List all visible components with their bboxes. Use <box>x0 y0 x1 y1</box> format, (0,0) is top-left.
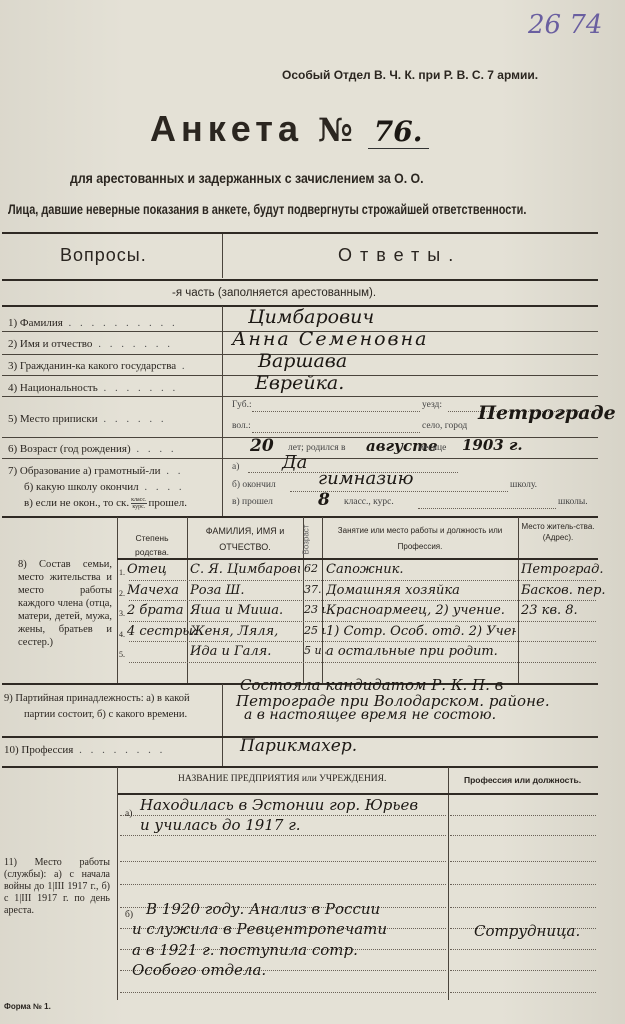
answer-school[interactable]: гимназию <box>318 468 413 489</box>
question-7c: в) если не окон., то ск.класс.курс.проше… <box>24 497 187 510</box>
family-occupation[interactable]: Красноармеец, 2) учение. <box>326 603 505 618</box>
answer-work-a-1[interactable]: Находилась в Эстонии гор. Юрьев <box>140 796 418 814</box>
family-occupation[interactable]: 1) Сотр. Особ. отд. 2) Ученица <box>326 624 516 639</box>
family-address[interactable]: Петроград. <box>521 562 604 577</box>
month-label: месяце <box>418 443 446 453</box>
question-7b: б) какую школу окончил . . . . <box>24 481 185 493</box>
ruled-line <box>450 970 596 971</box>
row-line <box>129 621 596 622</box>
family-header: ФАМИЛИЯ, ИМЯ и ОТЧЕСТВО. <box>189 523 301 555</box>
gub-label: Губ.: <box>232 400 252 410</box>
column-questions: Вопросы. <box>60 245 147 266</box>
answer-birth-year[interactable]: 1903 г. <box>462 436 523 454</box>
answer-age[interactable]: 20 <box>250 436 274 456</box>
answer-work-b-1[interactable]: В 1920 году. Анализ в России <box>146 900 380 918</box>
vol-label: вол.: <box>232 421 251 431</box>
work-b-prefix: б) <box>125 910 133 920</box>
family-relation[interactable]: 4 сестры. <box>127 624 197 639</box>
answer-profession[interactable]: Парикмахер. <box>240 736 357 756</box>
number-sign: № <box>318 111 353 149</box>
work-a-prefix: а) <box>125 809 132 819</box>
answer-citizenship[interactable]: Варшава <box>258 350 347 372</box>
department-line: Особый Отдел В. Ч. К. при Р. В. С. 7 арм… <box>282 68 538 82</box>
family-age[interactable]: 23 и 16 <box>304 603 326 616</box>
header-position: Профессия или должность. <box>464 775 581 785</box>
answer-nationality[interactable]: Еврейка. <box>255 372 344 394</box>
divider <box>2 516 598 518</box>
row-line <box>129 641 596 642</box>
edu-b-prefix: б) окончил <box>232 480 276 490</box>
edu-c-field[interactable] <box>418 508 556 509</box>
row-number: 4. <box>119 630 125 639</box>
question-2: 2) Имя и отчество . . . . . . . <box>8 338 173 350</box>
part-label: -я часть (заполняется арестованным). <box>172 287 376 299</box>
family-address[interactable]: Басков. пер. <box>521 583 606 598</box>
family-header: Место житель-ства. (Адрес). <box>520 521 596 543</box>
divider <box>2 279 598 281</box>
row-number: 5. <box>119 650 125 659</box>
warning-line: Лица, давшие неверные показания в анкете… <box>8 201 526 217</box>
family-header: Степень родства. <box>119 531 185 559</box>
family-relation[interactable]: Отец <box>127 562 167 577</box>
family-age[interactable]: 62 <box>304 562 318 575</box>
row-number: 3. <box>119 609 125 618</box>
edu-a-prefix: а) <box>232 462 239 472</box>
ruled-line <box>450 949 596 950</box>
answer-city[interactable]: Петрограде <box>478 402 616 424</box>
answer-name[interactable]: Анна Семеновна <box>232 328 428 350</box>
family-header: Занятие или место работы и должность или… <box>324 523 516 555</box>
page-title: Анкета № 76. <box>150 108 429 150</box>
gub-field[interactable] <box>252 411 420 412</box>
divider <box>117 558 598 560</box>
family-header: Возраст <box>301 525 310 555</box>
family-name[interactable]: Ида и Галя. <box>190 644 271 659</box>
answer-classes[interactable]: 8 <box>318 490 330 510</box>
divider <box>222 684 223 766</box>
row-number: 2. <box>119 589 125 598</box>
question-6: 6) Возраст (год рождения) . . . . <box>8 443 177 455</box>
family-age[interactable]: 25 и 14 <box>304 624 326 637</box>
ruled-line <box>450 907 596 908</box>
edu-c-suffix: школы. <box>558 497 588 507</box>
ruled-line <box>450 815 596 816</box>
divider <box>118 793 598 795</box>
family-name[interactable]: Яша и Миша. <box>190 603 283 618</box>
vol-field[interactable] <box>252 432 420 433</box>
question-1: 1) Фамилия . . . . . . . . . . <box>8 317 178 329</box>
family-occupation[interactable]: Домашняя хозяйка <box>326 583 460 598</box>
question-8: 8) Состав семьи, место жительства и мест… <box>18 558 112 649</box>
ruled-line <box>450 835 596 836</box>
family-address[interactable]: 23 кв. 8. <box>521 603 578 618</box>
divider <box>117 517 118 683</box>
family-age[interactable]: 37. <box>304 583 322 596</box>
question-7a: 7) Образование а) грамотный-ли . . <box>8 465 183 477</box>
edu-c-prefix: в) прошел <box>232 497 273 507</box>
answer-work-b-4[interactable]: Особого отдела. <box>132 961 266 979</box>
question-4: 4) Национальность . . . . . . . <box>8 382 178 394</box>
ruled-line <box>120 861 446 862</box>
family-name[interactable]: Роза Ш. <box>190 583 245 598</box>
row-number: 1. <box>119 568 125 577</box>
answer-surname[interactable]: Цимбарович <box>248 306 374 328</box>
header-enterprise: НАЗВАНИЕ ПРЕДПРИЯТИЯ или УЧРЕЖДЕНИЯ. <box>178 774 386 784</box>
form-number: 76. <box>368 115 429 149</box>
family-occupation[interactable]: Сапожник. <box>326 562 404 577</box>
family-name[interactable]: Женя, Ляля, <box>190 624 278 639</box>
ruled-line <box>450 884 596 885</box>
answer-party-3[interactable]: а в настоящее время не состою. <box>244 707 496 723</box>
question-5: 5) Место приписки . . . . . . <box>8 413 167 425</box>
ruled-line <box>450 992 596 993</box>
question-11: 11) Место работы (службы): а) с начала в… <box>4 857 110 917</box>
divider <box>222 306 223 516</box>
family-occupation[interactable]: а остальные при родит. <box>326 644 498 659</box>
answer-work-b-position[interactable]: Сотрудница. <box>474 922 580 940</box>
divider <box>448 767 449 1000</box>
divider <box>2 766 598 768</box>
question-10: 10) Профессия . . . . . . . . <box>4 744 165 756</box>
ruled-line <box>120 884 446 885</box>
answer-literate[interactable]: Да <box>282 452 307 473</box>
edu-c-mid: класс., курс. <box>344 497 394 507</box>
ruled-line <box>120 992 446 993</box>
divider <box>2 232 598 234</box>
ruled-line <box>450 861 596 862</box>
divider <box>117 767 118 1000</box>
question-9-line2: партии состоит, б) с какого времени. <box>24 709 187 720</box>
divider <box>222 234 223 278</box>
answer-work-a-2[interactable]: и училась до 1917 г. <box>140 816 301 834</box>
ruled-line <box>120 835 446 836</box>
question-3: 3) Гражданин-ка какого государства . <box>8 360 188 372</box>
city-label: село, город <box>422 421 467 431</box>
uezd-label: уезд: <box>422 400 442 410</box>
family-age[interactable]: 5 и 3. <box>304 644 326 657</box>
answer-work-b-3[interactable]: а в 1921 г. поступила сотр. <box>132 941 358 959</box>
question-9-line1: 9) Партийная принадлежность: а) в какой <box>4 693 190 704</box>
subtitle: для арестованных и задержанных с зачисле… <box>70 170 424 186</box>
column-answers: Ответы. <box>338 245 461 266</box>
row-line <box>129 580 596 581</box>
title-text: Анкета <box>150 108 303 149</box>
family-relation[interactable]: 2 брата <box>127 603 184 618</box>
family-relation[interactable]: Мачеха <box>127 583 179 598</box>
edu-b-suffix: школу. <box>510 480 537 490</box>
divider <box>2 396 598 397</box>
row-line <box>129 662 596 663</box>
family-name[interactable]: С. Я. Цимбарович. <box>190 562 300 577</box>
archive-number: 26 74 <box>528 10 602 40</box>
answer-work-b-2[interactable]: и служила в Ревцентропечати <box>132 920 387 938</box>
row-line <box>129 600 596 601</box>
form-label: Форма № 1. <box>4 1002 51 1011</box>
